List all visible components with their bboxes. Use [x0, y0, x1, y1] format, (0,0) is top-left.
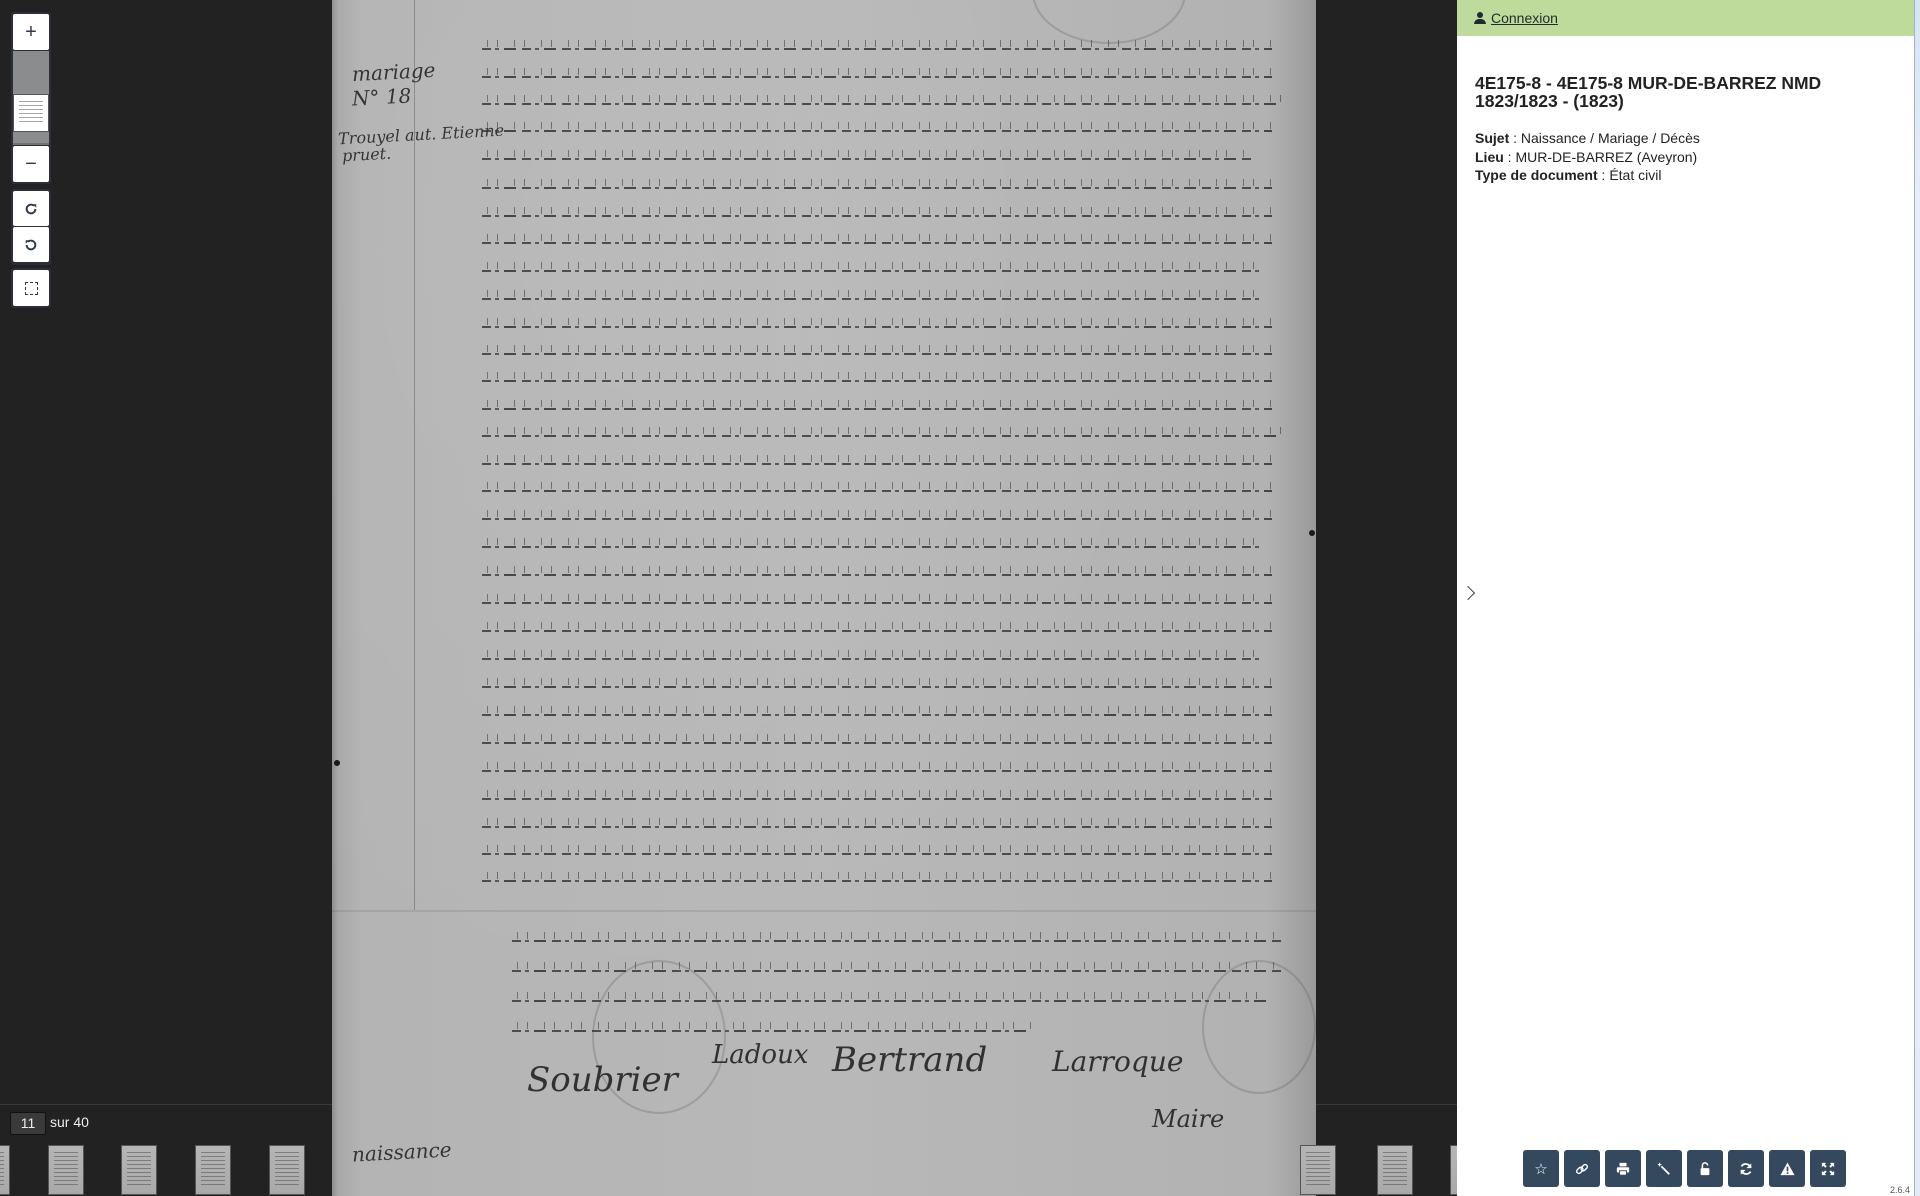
meta-label: Sujet [1475, 130, 1509, 146]
plus-icon: + [25, 21, 37, 44]
signature: Bertrand [832, 1040, 987, 1080]
warning-icon [1780, 1162, 1795, 1176]
signature: Maire [1152, 1105, 1224, 1133]
meta-value: Naissance / Mariage / Décès [1521, 130, 1700, 146]
image-viewer[interactable]: mariage N° 18 Trouyel aut. Etienne pruet… [0, 0, 1457, 1196]
panel-toolbar: ☆ [1523, 1150, 1846, 1187]
rotate-control [11, 189, 51, 265]
favorite-button[interactable]: ☆ [1523, 1150, 1559, 1187]
signature: Larroque [1052, 1045, 1183, 1078]
link-icon [1575, 1162, 1589, 1176]
rotate-right-button[interactable] [13, 191, 49, 226]
login-link[interactable]: Connexion [1491, 10, 1558, 26]
star-icon: ☆ [1534, 1160, 1547, 1178]
link-button[interactable] [1564, 1150, 1600, 1187]
document-metadata: Sujet : Naissance / Mariage / Décès Lieu… [1475, 129, 1700, 185]
minus-icon: − [25, 153, 37, 176]
report-button[interactable] [1769, 1150, 1805, 1187]
fullscreen-button[interactable] [1810, 1150, 1846, 1187]
print-icon [1616, 1162, 1630, 1176]
rotate-left-button[interactable] [13, 227, 49, 262]
print-button[interactable] [1605, 1150, 1641, 1187]
refresh-icon [1739, 1162, 1753, 1176]
meta-value: État civil [1609, 167, 1661, 183]
stamp-mark [1202, 960, 1316, 1094]
user-icon [1474, 12, 1486, 24]
page-number-input[interactable]: 11 [10, 1112, 46, 1135]
signature: Ladoux [712, 1040, 808, 1070]
meta-label: Type de document [1475, 167, 1598, 183]
margin-note: N° 18 [351, 83, 411, 110]
thumbnail[interactable] [195, 1145, 231, 1195]
background-window-edge [1914, 0, 1920, 1196]
signature: Soubrier [527, 1060, 678, 1100]
selection-icon [25, 282, 38, 295]
refresh-button[interactable] [1728, 1150, 1764, 1187]
zoom-slider[interactable] [13, 51, 49, 145]
zoom-control: + − [11, 12, 51, 184]
page-total-label: sur 40 [50, 1114, 89, 1130]
meta-subject: Sujet : Naissance / Mariage / Décès [1475, 129, 1700, 148]
thumbnail[interactable] [121, 1145, 157, 1195]
document-title: 4E175-8 - 4E175-8 MUR-DE-BARREZ NMD 1823… [1475, 74, 1895, 110]
fit-to-screen-button[interactable] [13, 270, 49, 306]
margin-note: naissance [351, 1137, 452, 1166]
stamp-mark [1032, 0, 1186, 44]
thumbnail[interactable] [0, 1145, 10, 1195]
meta-value: MUR-DE-BARREZ (Aveyron) [1515, 149, 1697, 165]
rotate-cw-icon [24, 202, 38, 216]
margin-note: mariage [351, 58, 436, 86]
thumbnail[interactable] [1377, 1145, 1413, 1195]
meta-label: Lieu [1475, 149, 1504, 165]
panel-header: Connexion [1457, 0, 1914, 36]
tools-button[interactable] [1646, 1150, 1682, 1187]
rotate-ccw-icon [24, 238, 38, 252]
meta-doc-type: Type de document : État civil [1475, 166, 1700, 185]
thumbnail[interactable] [48, 1145, 84, 1195]
unlock-button[interactable] [1687, 1150, 1723, 1187]
zoom-out-button[interactable]: − [13, 146, 49, 182]
meta-place: Lieu : MUR-DE-BARREZ (Aveyron) [1475, 148, 1700, 167]
thumbnail[interactable] [269, 1145, 305, 1195]
zoom-in-button[interactable]: + [13, 14, 49, 50]
document-image[interactable]: mariage N° 18 Trouyel aut. Etienne pruet… [332, 0, 1316, 1196]
margin-note: pruet. [342, 144, 392, 166]
zoom-slider-handle[interactable] [13, 94, 49, 132]
unlock-icon [1699, 1162, 1711, 1176]
fit-control [11, 268, 51, 308]
version-label: 2.6.4 [1890, 1185, 1910, 1195]
magic-wand-icon [1657, 1162, 1671, 1176]
fullscreen-icon [1821, 1162, 1835, 1176]
thumbnail[interactable] [1300, 1145, 1336, 1195]
